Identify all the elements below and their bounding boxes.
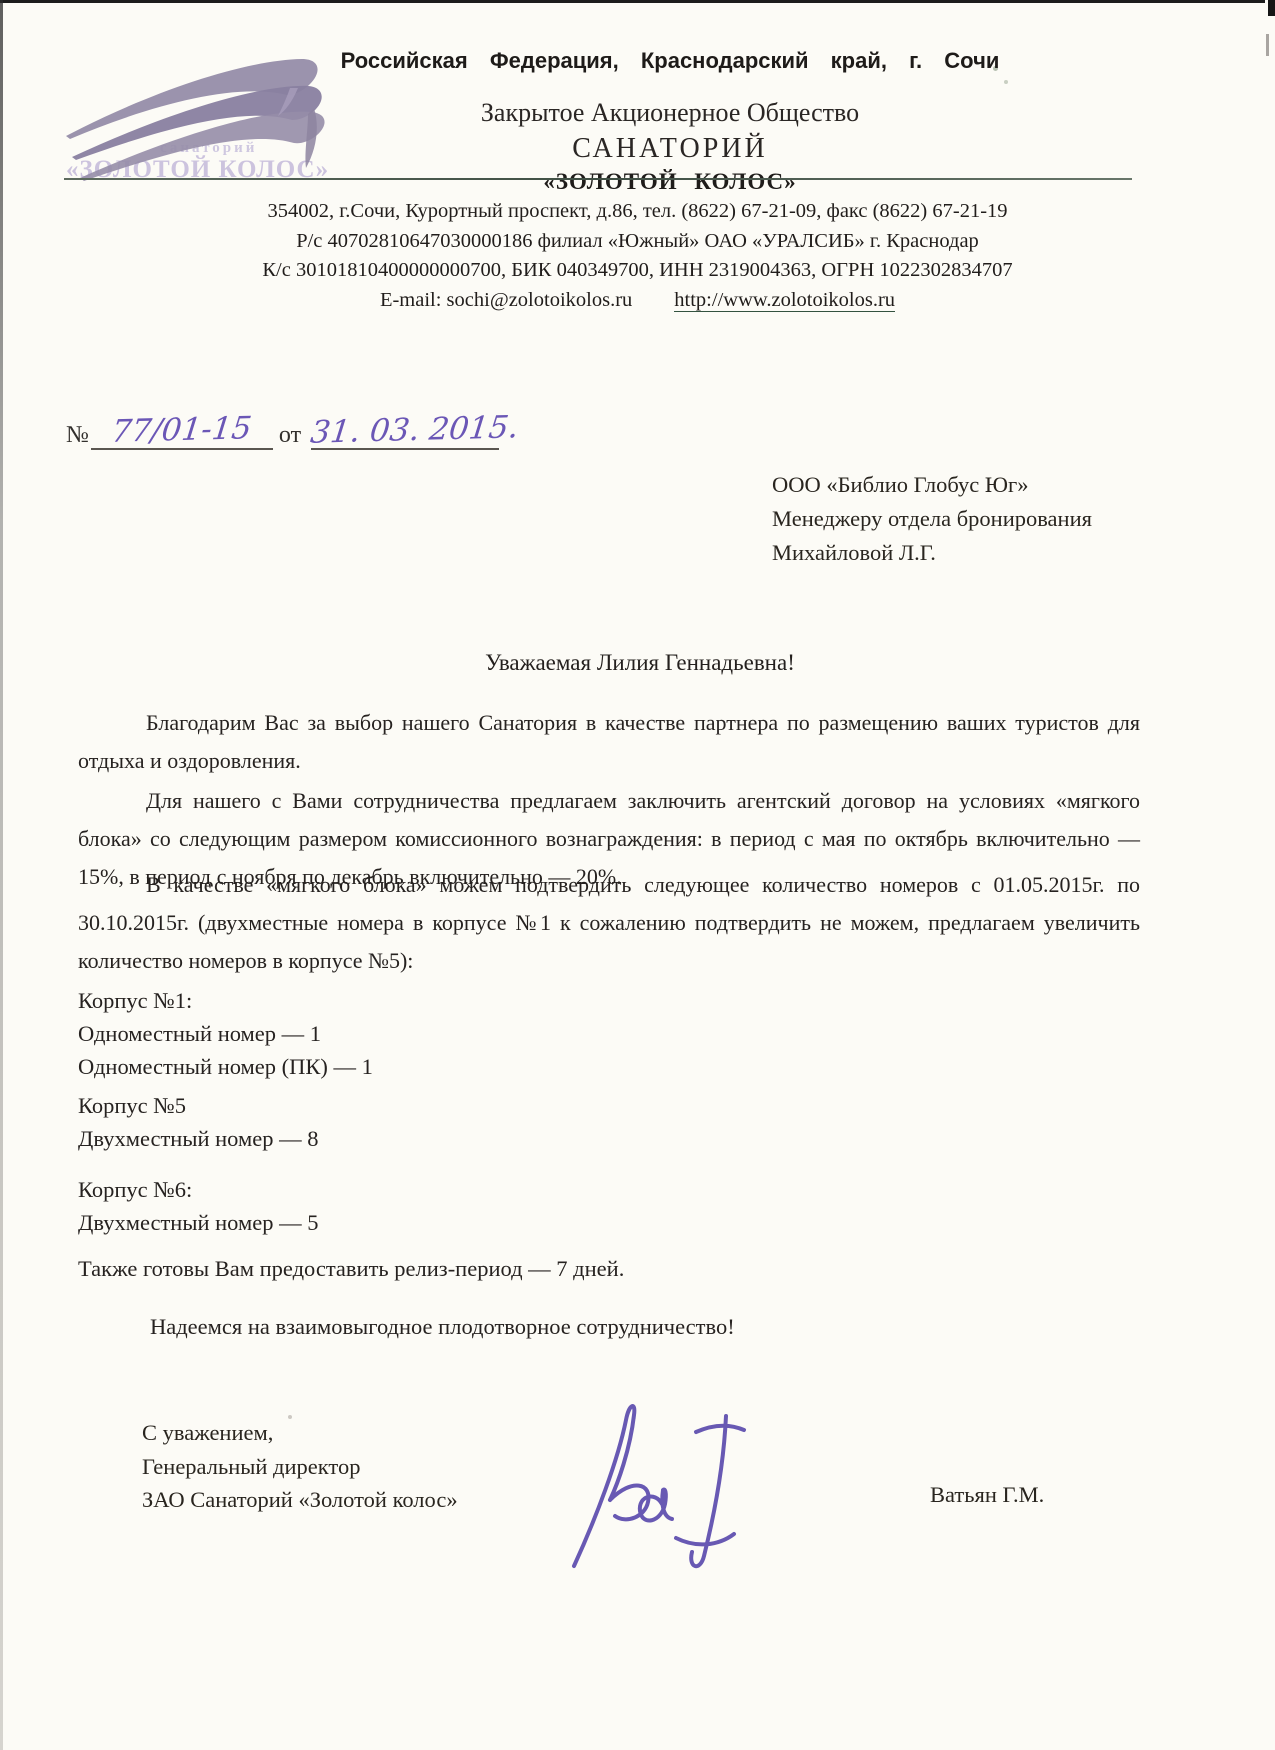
reference-line: №77/01-15 от31. 03. 2015. xyxy=(66,414,499,450)
address-line: 354002, г.Сочи, Курортный проспект, д.86… xyxy=(60,197,1215,227)
closing-block: С уважением, Генеральный директор ЗАО Са… xyxy=(142,1416,458,1517)
room-block-title: Корпус №6: xyxy=(78,1173,318,1206)
ref-date-blank: 31. 03. 2015. xyxy=(311,414,499,450)
letterhead: Российская Федерация, Краснодарский край… xyxy=(70,48,1270,195)
scan-edge-top xyxy=(0,0,1265,3)
room-block-title: Корпус №1: xyxy=(78,984,373,1017)
paragraph-soft-block: В качестве «мягкого блока» можем подтвер… xyxy=(78,866,1140,980)
scan-edge-left xyxy=(0,0,3,1750)
org-brand: «ЗОЛОТОЙ КОЛОС» xyxy=(70,169,1270,195)
room-line: Одноместный номер — 1 xyxy=(78,1017,373,1050)
website-text: http://www.zolotoikolos.ru xyxy=(674,289,895,312)
signer-name: Ватьян Г.М. xyxy=(930,1482,1044,1508)
email-website-line: E-mail: sochi@zolotoikolos.ruhttp://www.… xyxy=(60,286,1215,316)
closing-company: ЗАО Санаторий «Золотой колос» xyxy=(142,1483,458,1517)
paragraph-thanks: Благодарим Вас за выбор нашего Санатория… xyxy=(78,704,1140,780)
recipient-role: Менеджеру отдела бронирования xyxy=(772,502,1092,536)
header-divider xyxy=(64,178,1132,180)
ref-number-label: № xyxy=(66,422,89,448)
contact-block: 354002, г.Сочи, Курортный проспект, д.86… xyxy=(60,197,1215,315)
org-type: Закрытое Акционерное Общество xyxy=(70,98,1270,128)
room-line: Двухместный номер — 8 xyxy=(78,1122,318,1155)
closing-regards: С уважением, xyxy=(142,1416,458,1450)
recipient-name: Михайловой Л.Г. xyxy=(772,536,1092,570)
salutation: Уважаемая Лилия Геннадьевна! xyxy=(70,650,1210,676)
bank-line: К/с 30101810400000000700, БИК 040349700,… xyxy=(60,256,1215,286)
scanned-letter-page: санаторий «ЗОЛОТОЙ КОЛОС» Российская Фед… xyxy=(0,0,1275,1750)
ref-date-handwritten: 31. 03. 2015. xyxy=(309,409,521,450)
email-text: E-mail: sochi@zolotoikolos.ru xyxy=(380,289,632,311)
ref-date-label: от xyxy=(279,422,301,448)
room-block-korpus-1: Корпус №1: Одноместный номер — 1 Одномес… xyxy=(78,984,373,1083)
region-line: Российская Федерация, Краснодарский край… xyxy=(70,48,1270,74)
ref-number-blank: 77/01-15 xyxy=(91,414,273,450)
room-block-korpus-5: Корпус №5 Двухместный номер — 8 xyxy=(78,1089,318,1155)
release-period-line: Также готовы Вам предоставить релиз-пери… xyxy=(78,1256,624,1282)
recipient-company: ООО «Библио Глобус Юг» xyxy=(772,468,1092,502)
ref-number-handwritten: 77/01-15 xyxy=(110,410,254,450)
closing-title: Генеральный директор xyxy=(142,1450,458,1484)
account-line: Р/с 40702810647030000186 филиал «Южный» … xyxy=(60,227,1215,257)
recipient-block: ООО «Библио Глобус Юг» Менеджеру отдела … xyxy=(772,468,1092,570)
handwritten-signature xyxy=(558,1388,810,1580)
room-line: Одноместный номер (ПК) — 1 xyxy=(78,1050,373,1083)
scan-edge-right xyxy=(1268,0,1275,16)
room-block-title: Корпус №5 xyxy=(78,1089,318,1122)
org-name: САНАТОРИЙ xyxy=(70,133,1270,165)
room-line: Двухместный номер — 5 xyxy=(78,1206,318,1239)
room-block-korpus-6: Корпус №6: Двухместный номер — 5 xyxy=(78,1173,318,1239)
cooperation-hope-line: Надеемся на взаимовыгодное плодотворное … xyxy=(150,1314,735,1340)
